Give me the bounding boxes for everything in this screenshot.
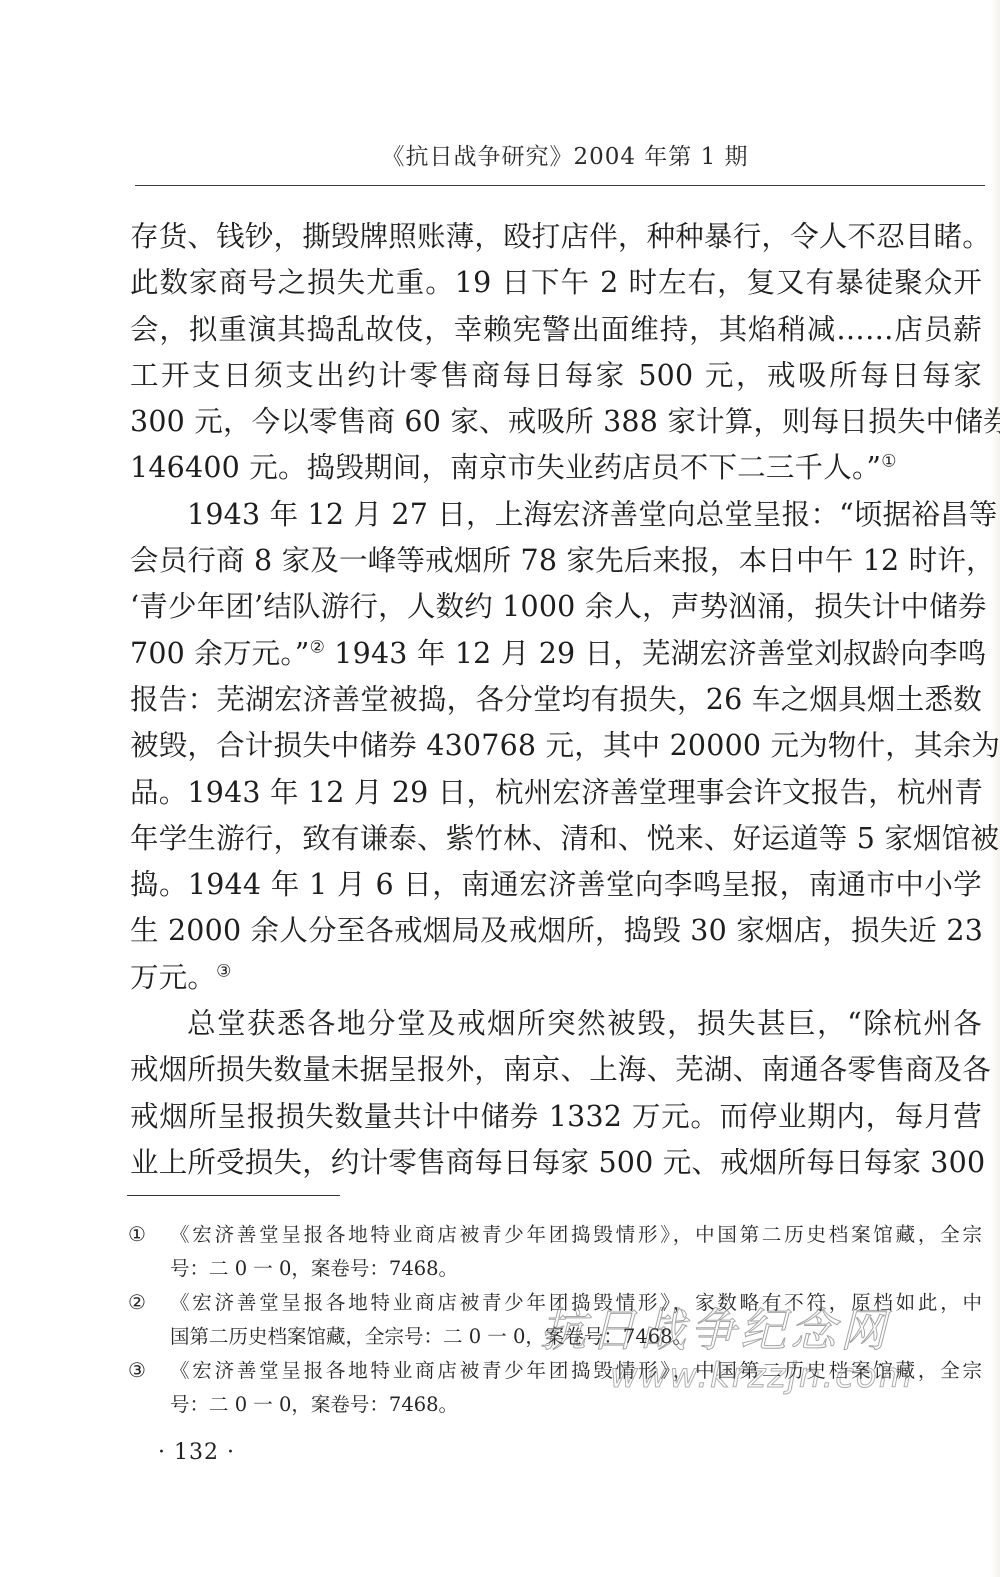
header-rule: [135, 185, 985, 186]
page-edge-shadow: [990, 0, 1000, 1577]
body-line: 300 元，今以零售商 60 家、戒吸所 388 家计算，则每日损失中储券: [130, 399, 982, 445]
body-line: 戒烟所损失数量未据呈报外，南京、上海、芜湖、南通各零售商及各: [130, 1047, 982, 1093]
footnote-marker: ②: [128, 1286, 146, 1320]
footnote-1: ① 《宏济善堂呈报各地特业商店被青少年团捣毁情形》，中国第二历史档案馆藏，全宗 …: [128, 1218, 982, 1285]
body-line-text: 1943 年 12 月 29 日，芜湖宏济善堂刘叔龄向李鸣: [325, 637, 986, 670]
body-line: 总堂获悉各地分堂及戒烟所突然被毁，损失甚巨，“除杭州各: [130, 1001, 982, 1047]
body-line: 戒烟所呈报损失数量共计中储券 1332 万元。而停业期内，每月营: [130, 1094, 982, 1140]
footnote-ref-1[interactable]: ①: [881, 452, 896, 472]
footnote-line: 号：二 0 一 0，案卷号：7468。: [170, 1388, 982, 1422]
footnote-marker: ①: [128, 1218, 146, 1252]
body-line: 会，拟重演其捣乱故伎，幸赖宪警出面维持，其焰稍减……店员薪: [130, 307, 982, 353]
body-line: 700 余万元。”② 1943 年 12 月 29 日，芜湖宏济善堂刘叔龄向李鸣: [130, 631, 982, 677]
footnote-ref-3[interactable]: ③: [216, 961, 231, 981]
body-line: 1943 年 12 月 27 日，上海宏济善堂向总堂呈报：“顷据裕昌等: [130, 492, 982, 538]
body-line: 万元。③: [130, 955, 982, 1001]
footnote-line: 《宏济善堂呈报各地特业商店被青少年团捣毁情形》，中国第二历史档案馆藏，全宗: [170, 1218, 982, 1252]
footnote-ref-2[interactable]: ②: [310, 637, 325, 657]
body-line-text: 万元。: [130, 961, 216, 994]
body-line: 会员行商 8 家及一峰等戒烟所 78 家先后来报，本日中午 12 时许，: [130, 538, 982, 584]
body-line: 捣。1944 年 1 月 6 日，南通宏济善堂向李鸣呈报，南通市中小学: [130, 862, 982, 908]
footnote-marker: ③: [128, 1354, 146, 1388]
body-line-text: 146400 元。捣毁期间，南京市失业药店员不下二三千人。”: [130, 451, 881, 484]
footnotes: ① 《宏济善堂呈报各地特业商店被青少年团捣毁情形》，中国第二历史档案馆藏，全宗 …: [128, 1218, 982, 1422]
body-line-text: 700 余万元。”: [130, 637, 310, 670]
body-line: ‘青少年团’结队游行，人数约 1000 余人，声势汹涌，损失计中储券: [130, 584, 982, 630]
body-line: 品。1943 年 12 月 29 日，杭州宏济善堂理事会许文报告，杭州青: [130, 770, 982, 816]
page-number: · 132 ·: [158, 1436, 235, 1470]
body-line: 被毁，合计损失中储券 430768 元，其中 20000 元为物什，其余为毒: [130, 723, 982, 769]
body-line: 146400 元。捣毁期间，南京市失业药店员不下二三千人。”①: [130, 445, 982, 491]
body-line: 工开支日须支出约计零售商每日每家 500 元，戒吸所每日每家: [130, 353, 982, 399]
body-line: 此数家商号之损失尤重。19 日下午 2 时左右，复又有暴徒聚众开: [130, 260, 982, 306]
footnote-2: ② 《宏济善堂呈报各地特业商店被青少年团捣毁情形》，家数略有不符，原档如此，中 …: [128, 1286, 982, 1353]
body-line: 年学生游行，致有谦泰、紫竹林、清和、悦来、好运道等 5 家烟馆被: [130, 816, 982, 862]
body-line: 业上所受损失，约计零售商每日每家 500 元、戒烟所每日每家 300: [130, 1140, 982, 1186]
footnote-separator: [127, 1195, 340, 1196]
body-line: 生 2000 余人分至各戒烟局及戒烟所，捣毁 30 家烟店，损失近 23: [130, 908, 982, 954]
footnote-line: 号：二 0 一 0，案卷号：7468。: [170, 1252, 982, 1286]
body-text: 存货、钱钞，撕毁牌照账薄，殴打店伴，种种暴行，令人不忍目睹。 此数家商号之损失尤…: [130, 214, 982, 1186]
running-head: 《抗日战争研究》2004 年第 1 期: [0, 140, 1000, 174]
body-line: 存货、钱钞，撕毁牌照账薄，殴打店伴，种种暴行，令人不忍目睹。: [130, 214, 982, 260]
footnote-line: 《宏济善堂呈报各地特业商店被青少年团捣毁情形》，中国第二历史档案馆藏，全宗: [170, 1354, 982, 1388]
body-line: 报告：芜湖宏济善堂被捣，各分堂均有损失，26 车之烟具烟土悉数: [130, 677, 982, 723]
footnote-line: 国第二历史档案馆藏，全宗号：二 0 一 0，案卷号：7468。: [170, 1320, 982, 1354]
footnote-line: 《宏济善堂呈报各地特业商店被青少年团捣毁情形》，家数略有不符，原档如此，中: [170, 1286, 982, 1320]
footnote-3: ③ 《宏济善堂呈报各地特业商店被青少年团捣毁情形》，中国第二历史档案馆藏，全宗 …: [128, 1354, 982, 1421]
